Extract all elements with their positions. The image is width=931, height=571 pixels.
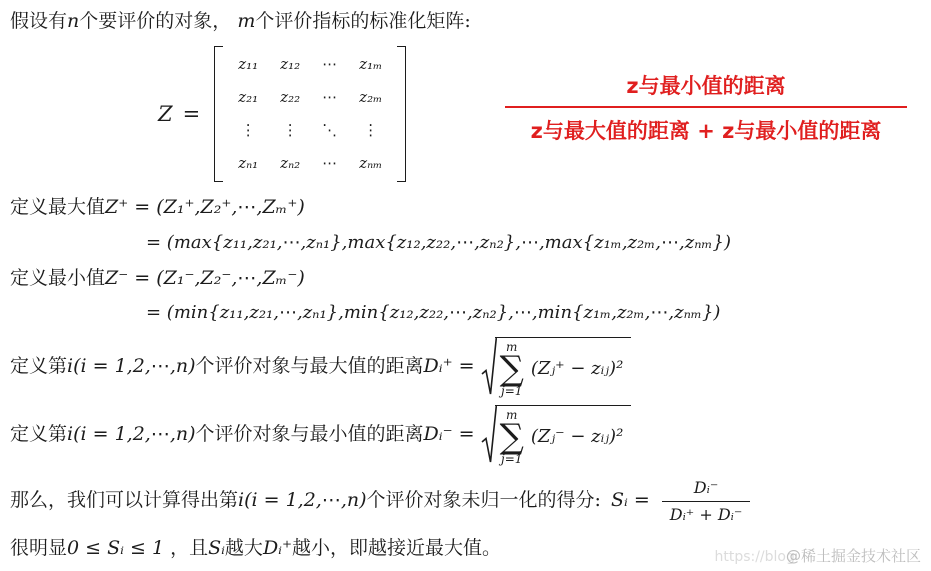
intro-text-pre: 假设有 [10,10,67,32]
matrix-cell: ⋯ [311,147,348,180]
matrix-cell: ⋮ [348,114,393,147]
dist-min-text-mid: 个评价对象与最小值的距离 [196,423,424,447]
red-fraction-denominator: z与最大值的距离 + z与最小值的距离 [505,106,907,145]
watermark: https://blog @稀土掘金技术社区 [714,545,921,566]
conclusion-text-post: 越小，即越接近最大值。 [292,537,501,559]
summation-symbol: m ∑ j=1 [500,409,524,465]
sqrt-content: m ∑ j=1 (Zⱼ⁻ − zᵢⱼ)² [495,405,632,465]
score-text-mid: 个评价对象未归一化的得分: [367,489,601,513]
red-fraction-numerator: z与最小值的距离 [505,70,907,106]
intro-text-post: 个评价指标的标准化矩阵: [255,10,470,32]
sum-lower-limit: j=1 [501,385,522,397]
conclusion-text-mid1: ，且 [164,537,208,559]
score-index: i(i = 1,2,⋯,n) [238,489,367,513]
sqrt-content: m ∑ j=1 (Zⱼ⁺ − zᵢⱼ)² [495,337,632,397]
dist-max-text-pre: 定义第 [10,355,67,379]
score-fraction-denominator: Dᵢ⁺ + Dᵢ⁻ [662,501,751,525]
matrix-cell: ⋯ [311,81,348,114]
score-text-pre: 那么，我们可以计算得出第 [10,489,238,513]
conclusion-text-mid2: 越大 [225,537,263,559]
matrix-cell: z₂₁ [227,81,269,114]
dist-max-text-mid: 个评价对象与最大值的距离 [196,355,424,379]
watermark-url-text: https://blog [714,549,794,565]
matrix-cell: zₙₘ [348,147,393,180]
dist-min-lhs: Dᵢ⁻ = [424,423,475,447]
matrix-row: z₁₁ z₁₂ ⋯ z₁ₘ [227,48,393,81]
equals-sign: = [183,102,201,126]
define-max-formula: Z⁺ = (Z₁⁺,Z₂⁺,⋯,Zₘ⁺) [105,196,305,218]
matrix-row: zₙ₁ zₙ₂ ⋯ zₙₘ [227,147,393,180]
matrix-row: z₂₁ z₂₂ ⋯ z₂ₘ [227,81,393,114]
define-max-label: 定义最大值 [10,196,105,218]
sum-lower-limit: j=1 [501,453,522,465]
define-max-line: 定义最大值Z⁺ = (Z₁⁺,Z₂⁺,⋯,Zₘ⁺) [10,196,305,220]
dist-max-index: i(i = 1,2,⋯,n) [67,355,196,379]
define-min-label: 定义最小值 [10,267,105,289]
matrix-z: z₁₁ z₁₂ ⋯ z₁ₘ z₂₁ z₂₂ ⋯ z₂ₘ ⋮ ⋮ ⋱ ⋮ [214,46,406,182]
intro-line: 假设有n个要评价的对象， m个评价指标的标准化矩阵: [10,10,471,34]
define-min-line: 定义最小值Z⁻ = (Z₁⁻,Z₂⁻,⋯,Zₘ⁻) [10,267,305,291]
dist-min-text-pre: 定义第 [10,423,67,447]
conclusion-line: 很明显0 ≤ Sᵢ ≤ 1 ，且Sᵢ越大Dᵢ⁺越小，即越接近最大值。 [10,537,501,561]
summation-symbol: m ∑ j=1 [500,341,524,397]
conclusion-si: Sᵢ [208,537,225,559]
matrix-cell: zₙ₂ [269,147,311,180]
standardized-matrix-equation: Z = z₁₁ z₁₂ ⋯ z₁ₘ z₂₁ z₂₂ ⋯ z₂ₘ ⋮ [158,46,406,182]
dist-max-lhs: Dᵢ⁺ = [424,355,475,379]
sqrt-expression: m ∑ j=1 (Zⱼ⁻ − zᵢⱼ)² [481,405,632,465]
score-fraction-numerator: Dᵢ⁻ [686,478,727,501]
distance-to-min-line: 定义第i(i = 1,2,⋯,n)个评价对象与最小值的距离Dᵢ⁻ = m ∑ j… [10,402,631,468]
matrix-cell: ⋮ [269,114,311,147]
matrix-cell: z₂ₘ [348,81,393,114]
score-definition-line: 那么，我们可以计算得出第i(i = 1,2,⋯,n)个评价对象未归一化的得分:S… [10,474,750,528]
score-fraction: Dᵢ⁻ Dᵢ⁺ + Dᵢ⁻ [662,478,751,525]
conclusion-inequality: 0 ≤ Sᵢ ≤ 1 [67,537,164,559]
var-m: m [237,10,255,32]
squared-difference-term: (Zⱼ⁺ − zᵢⱼ)² [531,358,623,381]
matrix-cell: ⋱ [311,114,348,147]
score-lhs: Sᵢ = [611,489,650,513]
intro-text-mid: 个要评价的对象， [79,10,237,32]
dist-min-index: i(i = 1,2,⋯,n) [67,423,196,447]
distance-to-max-line: 定义第i(i = 1,2,⋯,n)个评价对象与最大值的距离Dᵢ⁺ = m ∑ j… [10,334,631,400]
matrix-right-bracket [397,46,406,182]
matrix-cell: z₁ₘ [348,48,393,81]
document-page: 假设有n个要评价的对象， m个评价指标的标准化矩阵: Z = z₁₁ z₁₂ ⋯… [0,0,931,571]
matrix-entries: z₁₁ z₁₂ ⋯ z₁ₘ z₂₁ z₂₂ ⋯ z₂ₘ ⋮ ⋮ ⋱ ⋮ [227,48,393,180]
red-annotation-fraction: z与最小值的距离 z与最大值的距离 + z与最小值的距离 [505,70,907,145]
sqrt-expression: m ∑ j=1 (Zⱼ⁺ − zᵢⱼ)² [481,337,632,397]
sigma-icon: ∑ [500,353,524,385]
conclusion-di-plus: Dᵢ⁺ [263,537,292,559]
define-min-expansion: = (min{z₁₁,z₂₁,⋯,zₙ₁},min{z₁₂,z₂₂,⋯,zₙ₂}… [146,302,720,325]
matrix-cell: ⋮ [227,114,269,147]
matrix-row: ⋮ ⋮ ⋱ ⋮ [227,114,393,147]
matrix-cell: z₁₂ [269,48,311,81]
define-min-formula: Z⁻ = (Z₁⁻,Z₂⁻,⋯,Zₘ⁻) [105,267,305,289]
squared-difference-term: (Zⱼ⁻ − zᵢⱼ)² [531,426,623,449]
matrix-cell: z₂₂ [269,81,311,114]
matrix-cell: ⋯ [311,48,348,81]
conclusion-text-pre: 很明显 [10,537,67,559]
matrix-lhs-symbol: Z [158,102,173,126]
matrix-left-bracket [214,46,223,182]
matrix-cell: zₙ₁ [227,147,269,180]
watermark-community-handle: @稀土掘金技术社区 [786,547,921,565]
var-n: n [67,10,79,32]
sigma-icon: ∑ [500,421,524,453]
define-max-expansion: = (max{z₁₁,z₂₁,⋯,zₙ₁},max{z₁₂,z₂₂,⋯,zₙ₂}… [146,232,731,255]
matrix-cell: z₁₁ [227,48,269,81]
